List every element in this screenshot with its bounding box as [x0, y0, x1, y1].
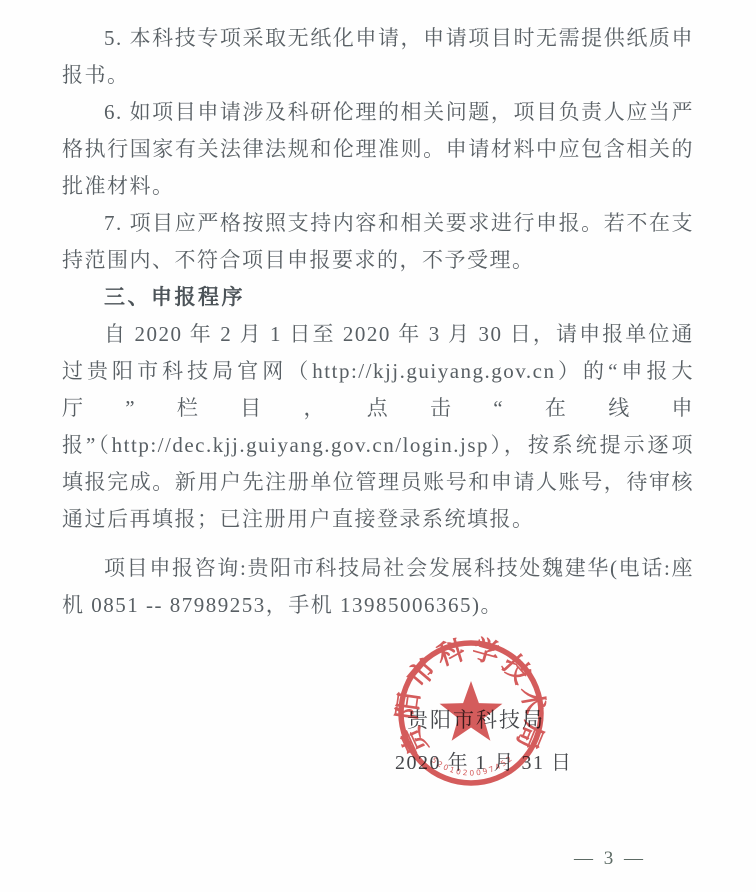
- paragraph-5: 5. 本科技专项采取无纸化申请，申请项目时无需提供纸质申报书。: [62, 20, 694, 94]
- paragraph-consult: 项目申报咨询:贵阳市科技局社会发展科技处魏建华(电话:座机 0851 -- 87…: [62, 550, 694, 624]
- document-page: 5. 本科技专项采取无纸化申请，申请项目时无需提供纸质申报书。 6. 如项目申请…: [0, 0, 756, 892]
- paragraph-procedure: 自 2020 年 2 月 1 日至 2020 年 3 月 30 日，请申报单位通…: [62, 316, 694, 538]
- official-seal: 贵阳市科学技术局 5201020097452: [391, 636, 551, 796]
- document-body: 5. 本科技专项采取无纸化申请，申请项目时无需提供纸质申报书。 6. 如项目申请…: [62, 20, 694, 624]
- page-number: — 3 —: [574, 848, 646, 870]
- section-heading: 三、申报程序: [62, 279, 694, 316]
- paragraph-7: 7. 项目应严格按照支持内容和相关要求进行申报。若不在支持范围内、不符合项目申报…: [62, 205, 694, 279]
- paragraph-6: 6. 如项目申请涉及科研伦理的相关问题，项目负责人应当严格执行国家有关法律法规和…: [62, 94, 694, 205]
- seal-star-icon: [440, 681, 503, 741]
- seal-graphics: 贵阳市科学技术局 5201020097452: [392, 636, 551, 783]
